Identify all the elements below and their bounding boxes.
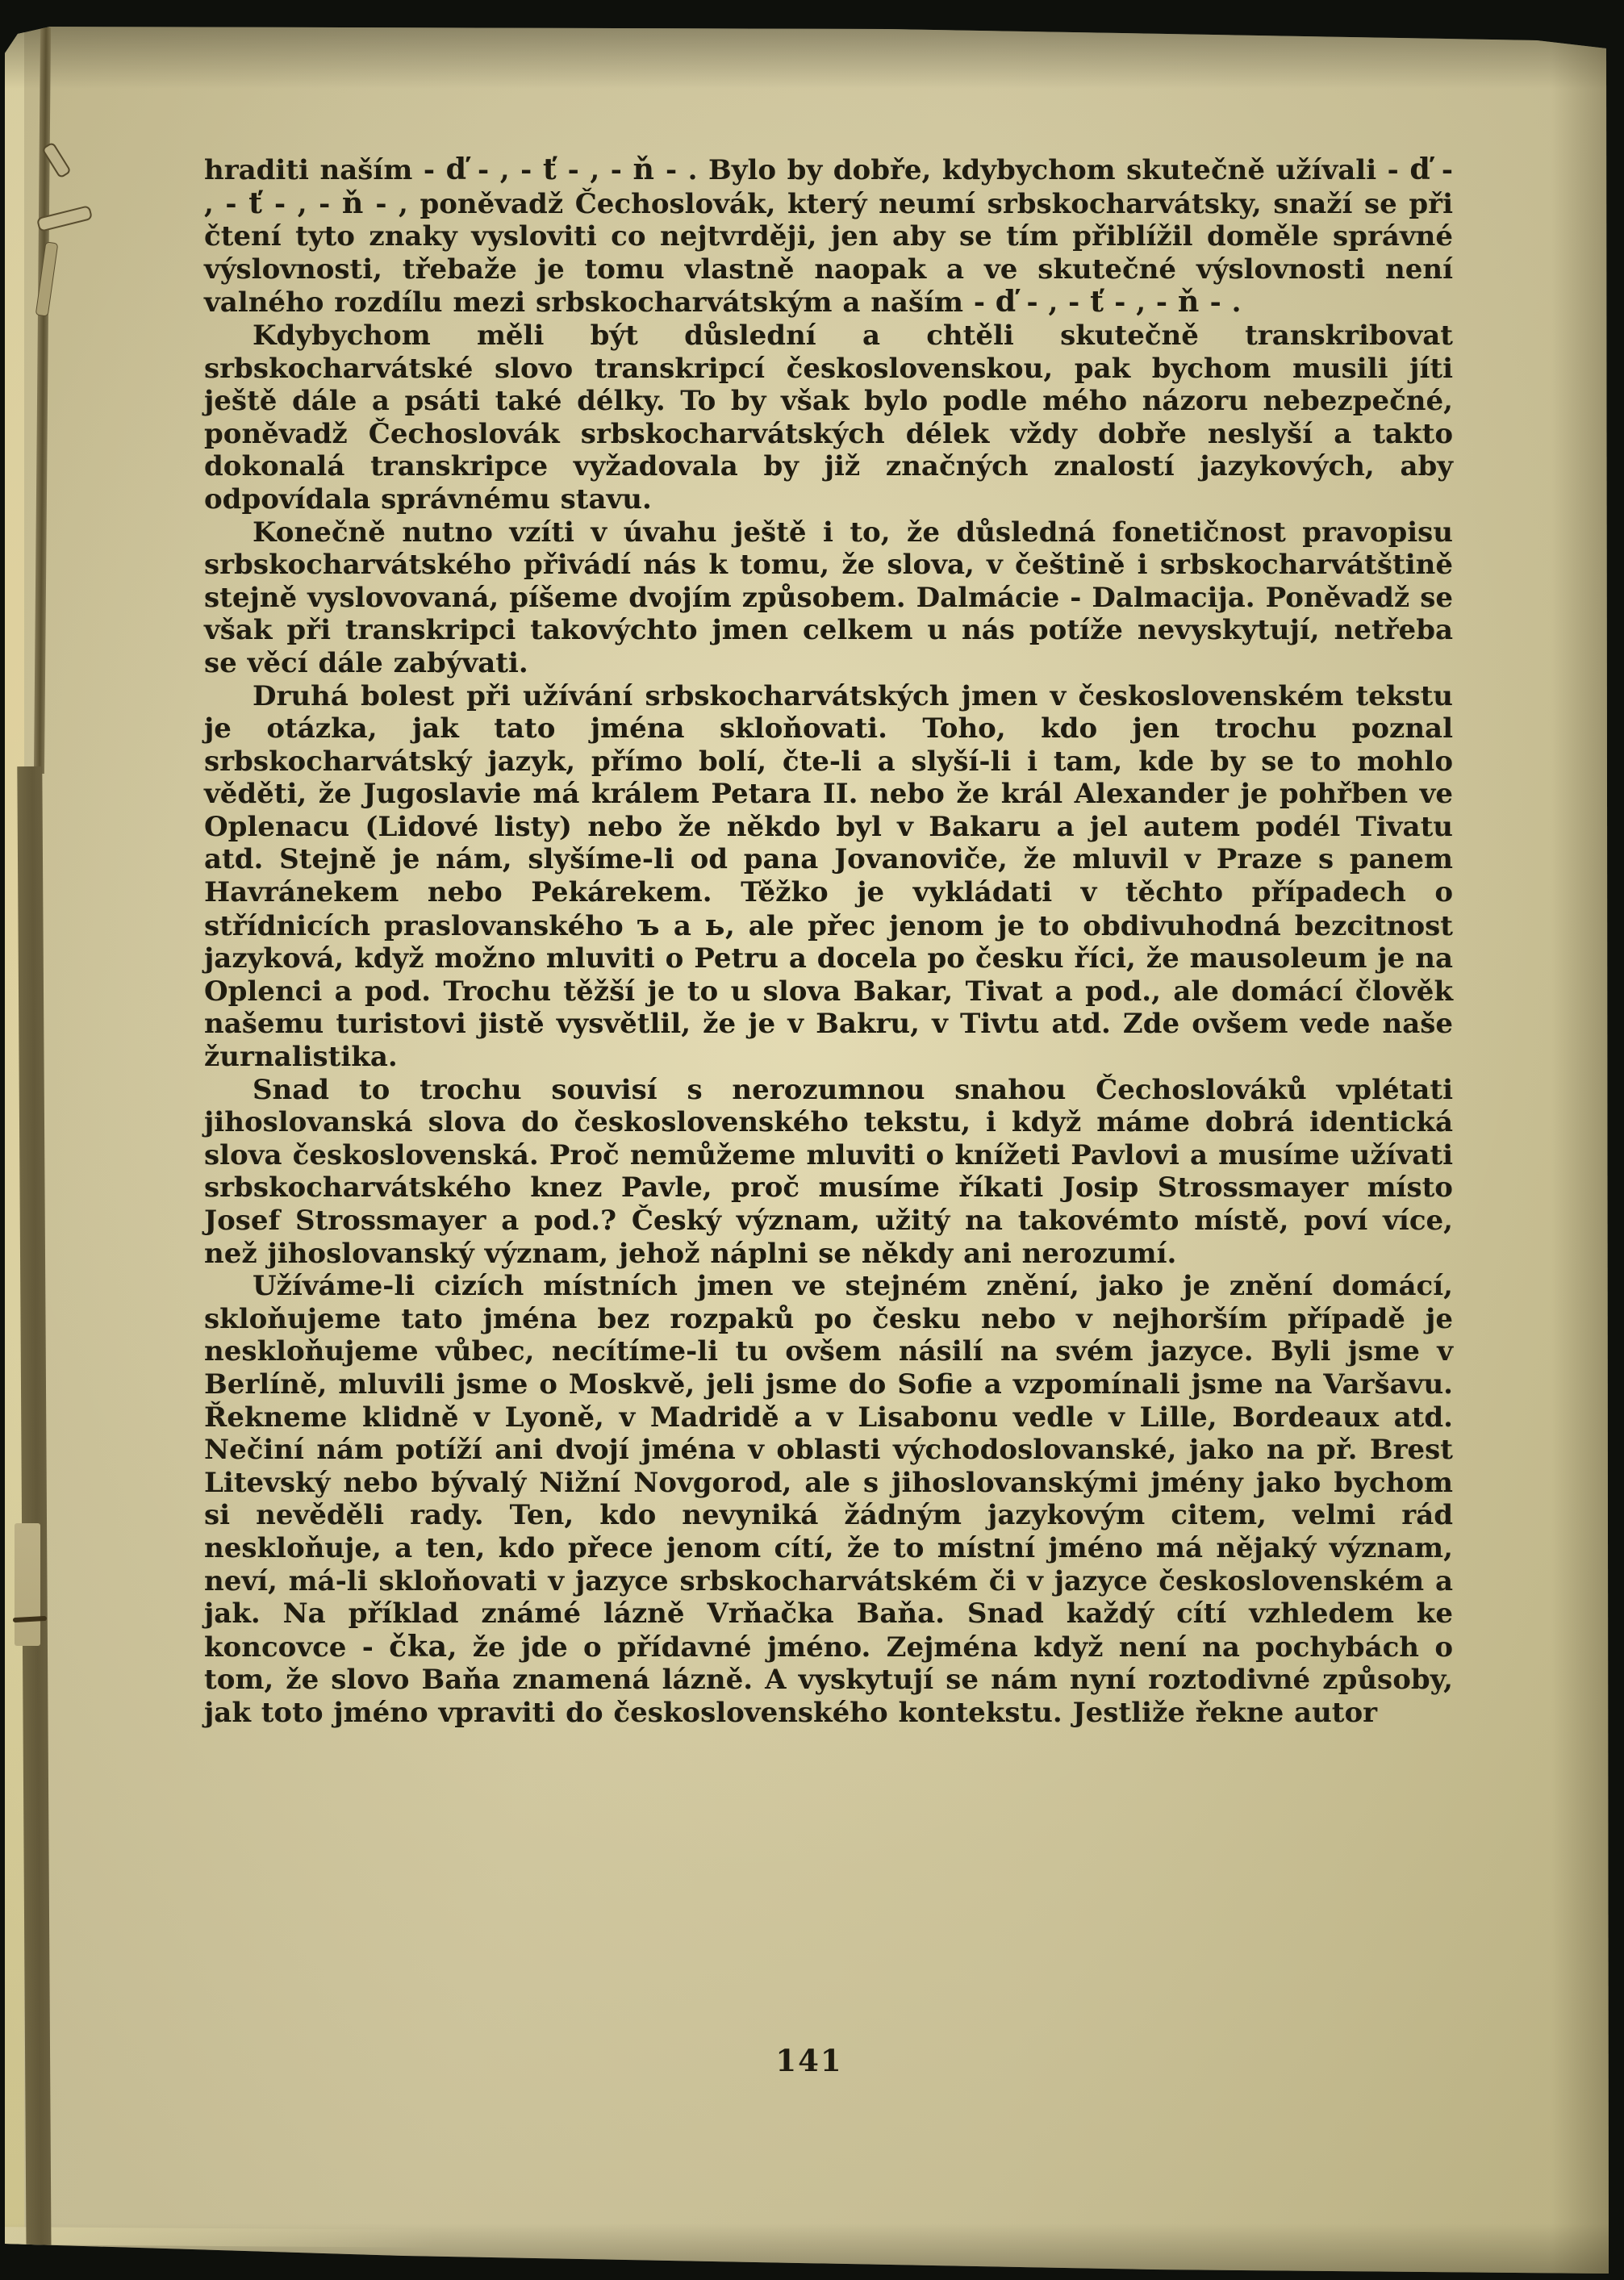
paragraph: Konečně nutno vzíti v úvahu ještě i to, …	[204, 516, 1453, 680]
paragraph: Užíváme-li cizích místních jmen ve stejn…	[204, 1270, 1453, 1729]
paragraph: Druhá bolest při užívání srbskocharvátsk…	[204, 680, 1453, 1074]
book-scan: hraditi naším - ď - , - ť - , - ň - . By…	[0, 0, 1624, 2280]
paragraph-continued: hraditi naším - ď - , - ť - , - ň - . By…	[204, 153, 1453, 319]
paragraph: Snad to trochu souvisí s nerozumnou snah…	[204, 1074, 1453, 1271]
page-text-block: hraditi naším - ď - , - ť - , - ň - . By…	[204, 153, 1453, 1730]
paragraph: Kdybychom měli být důslední a chtěli sku…	[204, 319, 1453, 516]
page-number: 141	[204, 2043, 1414, 2078]
